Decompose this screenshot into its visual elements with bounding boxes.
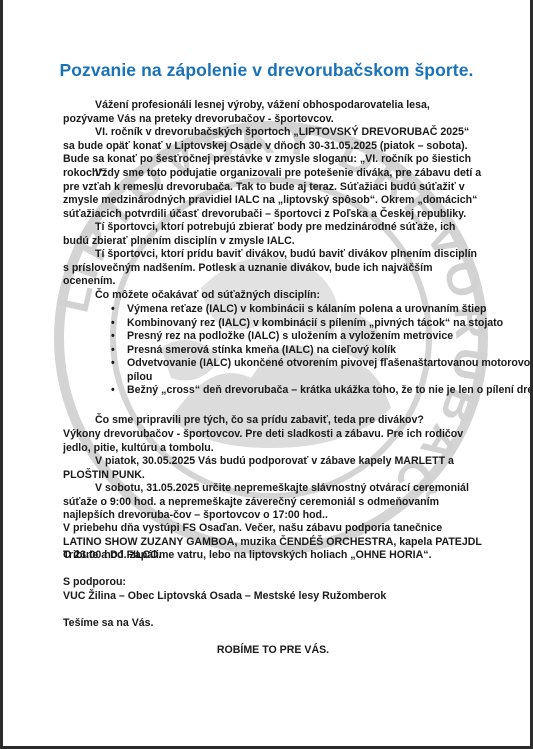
- points-paragraph: Tí športovci, ktorí potrebujú zbierať bo…: [63, 221, 483, 248]
- saturday-paragraph: V sobotu, 31.05.2025 určite nepremeškajt…: [63, 482, 483, 523]
- document-title: Pozvanie na zápolenie v drevorubačskom š…: [3, 64, 530, 78]
- spectators-answer: Výkony drevorubačov - športovcov. Pre de…: [63, 428, 483, 455]
- friday-paragraph: V piatok, 30.05.2025 Vás budú podporovať…: [63, 455, 483, 482]
- entertain-paragraph: Tí športovci, ktorí prídu baviť divákov,…: [63, 248, 483, 289]
- greeting-line: Tešíme sa na Vás.: [63, 617, 483, 631]
- list-item: Bežný „cross“ deň drevorubača – krátka u…: [127, 384, 530, 398]
- supporters-line: VUC Žilina – Obec Liptovská Osada – Mest…: [63, 590, 483, 604]
- list-item: Výmena reťaze (IALC) v kombinácii s kála…: [127, 303, 530, 317]
- list-item: Presný rez na podložke (IALC) s uložením…: [127, 330, 530, 344]
- list-item: Kombinovaný rez (IALC) v kombinácií s pí…: [127, 317, 530, 331]
- tradition-paragraph: Vždy sme toto podujatie organizovali pre…: [63, 167, 483, 221]
- list-item: Presná smerová stínka kmeňa (IALC) na ci…: [127, 344, 530, 358]
- disciplines-heading: Čo môžete očakávať od súťažných disciplí…: [63, 289, 515, 303]
- intro-paragraph: Vážení profesionáli lesnej výroby, vážen…: [63, 99, 483, 126]
- closing-line: ROBÍME TO PRE VÁS.: [63, 644, 483, 658]
- bonfire-paragraph: O 23:00 hod. zapálime vatru, lebo na lip…: [63, 549, 483, 563]
- support-label: S podporou:: [63, 576, 483, 590]
- document-page: LIPTOVSKÝ DREVORUBAČ Pozvanie na zápolen…: [3, 0, 530, 746]
- spectators-question: Čo sme pripravili pre tých, čo sa prídu …: [63, 414, 515, 428]
- list-item: Odvetvovanie (IALC) ukončené otvorením p…: [127, 357, 530, 384]
- disciplines-list: Výmena reťaze (IALC) v kombinácii s kála…: [63, 303, 530, 398]
- document-body: Pozvanie na zápolenie v drevorubačskom š…: [3, 0, 530, 746]
